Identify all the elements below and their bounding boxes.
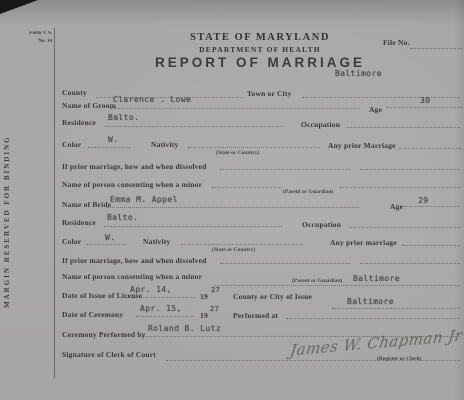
groom-residence-label: Residence: [62, 118, 96, 127]
bride-residence-label: Residence: [62, 218, 96, 227]
groom-name-label: Name of Groom: [62, 101, 116, 110]
license-year-typed: 27: [211, 286, 220, 294]
form-code: Form V. S. No. 14: [12, 30, 52, 46]
groom-name-blank: [110, 108, 360, 109]
ceremony-date-value: Apr. 15,: [140, 304, 182, 313]
bride-consent-label: Name of person consenting when a minor: [62, 272, 202, 281]
bride-color-label: Color: [62, 237, 81, 246]
groom-residence-value: Balto.: [108, 113, 139, 122]
town-or-city-value: Baltimore: [335, 69, 382, 78]
bride-nativity-label: Nativity: [143, 237, 170, 246]
groom-occupation-label: Occupation: [301, 120, 340, 129]
groom-color-label: Color: [62, 140, 81, 149]
file-no-label: File No.: [383, 38, 410, 47]
groom-color-blank: [88, 147, 130, 148]
form-code-line1: Form V. S.: [12, 30, 52, 38]
scan-top-edge-shadow: [0, 0, 464, 24]
groom-consent-label: Name of person consenting when a minor: [62, 180, 202, 189]
county-label: County: [62, 88, 87, 97]
groom-occupation-blank: [347, 127, 460, 128]
town-blank: [302, 97, 460, 98]
bride-dissolved-label: If prior marriage, how and when dissolve…: [62, 256, 207, 265]
groom-nativity-label: Nativity: [151, 140, 178, 149]
bride-nativity-hint: (State or Country): [212, 247, 255, 253]
scanned-marriage-report: MARGIN RESERVED FOR BINDING Form V. S. N…: [0, 0, 464, 400]
bride-occupation-label: Occupation: [302, 220, 341, 229]
bride-color-blank: [86, 244, 126, 245]
groom-age-value: 30: [420, 96, 430, 105]
clerk-signature-handwriting: James W. Chapman Jr: [289, 326, 464, 359]
groom-consent-blank-2: [340, 187, 460, 188]
groom-age-label: Age: [369, 105, 382, 114]
ceremony-year-printed: 19: [200, 311, 208, 320]
binding-margin-note: MARGIN RESERVED FOR BINDING: [3, 118, 11, 308]
groom-consent-blank-1: [212, 187, 282, 188]
bride-residence-value: Balto.: [107, 213, 138, 222]
license-year-printed: 19: [200, 292, 208, 301]
groom-consent-hint: (Parent or Guardian): [283, 189, 333, 195]
groom-age-blank: [386, 107, 462, 108]
license-issue-value: Baltimore: [347, 297, 394, 306]
groom-prior-marriage-label: Any prior Marriage: [328, 141, 396, 150]
bride-occupation-blank: [349, 227, 460, 228]
bride-age-label: Age: [390, 202, 403, 211]
bride-prior-marriage-blank: [402, 245, 460, 246]
bride-nativity-blank: [181, 244, 303, 245]
groom-nativity-hint: (State or Country): [216, 150, 259, 156]
bride-name-blank: [107, 207, 359, 208]
bride-residence-blank: [104, 226, 282, 227]
groom-residence-blank: [105, 126, 283, 127]
groom-color-value: W.: [108, 135, 118, 144]
bride-consent-hint: (Parent or Guardian): [292, 278, 342, 284]
groom-dissolved-label: If prior marriage, how and when dissolve…: [62, 162, 207, 171]
bride-consent-blank: [215, 285, 460, 286]
groom-nativity-blank: [188, 147, 320, 148]
ceremony-date-blank: [136, 316, 194, 317]
bride-dissolved-blank-2: [360, 263, 460, 264]
bride-age-blank: [404, 206, 460, 207]
performed-by-value: Roland B. Lutz: [148, 324, 221, 333]
page-title: REPORT OF MARRIAGE: [60, 55, 460, 70]
ceremony-year-typed: 27: [210, 305, 219, 313]
license-issue-blank: [332, 308, 460, 309]
groom-name-value: Clarence . Lowe: [113, 95, 191, 104]
bride-color-value: W.: [105, 233, 115, 242]
bride-dissolved-blank-1: [220, 263, 350, 264]
license-date-value: Apr. 14,: [130, 285, 172, 294]
bride-prior-marriage-label: Any prior marriage: [330, 238, 397, 247]
bride-name-label: Name of Bride: [62, 200, 111, 209]
performed-by-label: Ceremony Performed by: [62, 330, 146, 339]
town-label: Town or City: [247, 89, 292, 98]
groom-prior-marriage-blank: [399, 148, 461, 149]
clerk-signature-hint: (Register or Clerk): [377, 356, 421, 362]
clerk-signature-label: Signature of Clerk of Court: [62, 350, 156, 359]
bride-name-value: Emma M. Appel: [110, 195, 178, 204]
license-date-blank: [126, 297, 196, 298]
ceremony-date-label: Date of Ceremony: [62, 310, 123, 319]
performed-at-label: Performed at: [233, 311, 278, 320]
performed-at-blank: [286, 318, 460, 319]
license-issue-label: County or City of Issue: [233, 292, 312, 301]
binding-margin-rule: [54, 28, 55, 378]
form-code-line2: No. 14: [12, 38, 52, 46]
groom-dissolved-blank-1: [220, 169, 350, 170]
groom-dissolved-blank-2: [360, 169, 460, 170]
bride-age-value: 29: [418, 196, 428, 205]
file-no-blank: [410, 48, 462, 49]
bride-consent-value: Baltimore: [353, 274, 400, 283]
